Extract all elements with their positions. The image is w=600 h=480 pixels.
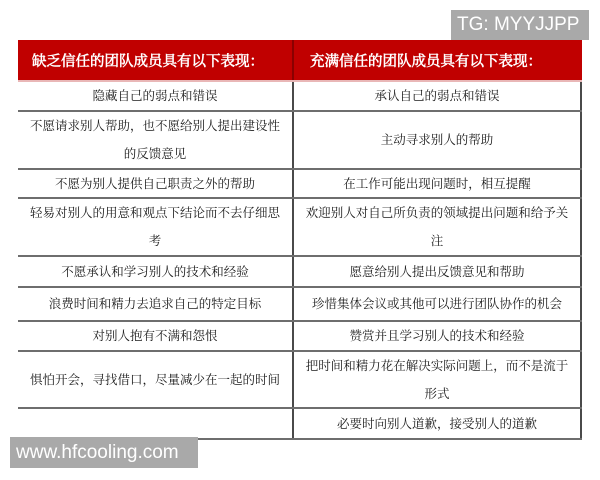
header-full-trust: 充满信任的团队成员具有以下表现： [294,40,582,80]
cell-full-trust: 把时间和精力花在解决实际问题上，而不是流于形式 [294,352,582,407]
table-row: 隐藏自己的弱点和错误承认自己的弱点和错误 [18,82,582,112]
table-row: 不愿为别人提供自己职责之外的帮助在工作可能出现问题时，相互提醒 [18,170,582,199]
cell-full-trust: 在工作可能出现问题时，相互提醒 [294,170,582,197]
cell-lacking-trust: 轻易对别人的用意和观点下结论而不去仔细思考 [18,199,294,255]
cell-lacking-trust: 不愿为别人提供自己职责之外的帮助 [18,170,294,197]
cell-lacking-trust: 不愿请求别人帮助，也不愿给别人提出建设性的反馈意见 [18,112,294,168]
table-row: 不愿请求别人帮助，也不愿给别人提出建设性的反馈意见主动寻求别人的帮助 [18,112,582,170]
table-row: 轻易对别人的用意和观点下结论而不去仔细思考欢迎别人对自己所负责的领域提出问题和给… [18,199,582,257]
cell-full-trust: 赞赏并且学习别人的技术和经验 [294,322,582,350]
table-row: 惧怕开会，寻找借口，尽量减少在一起的时间把时间和精力花在解决实际问题上，而不是流… [18,352,582,409]
cell-full-trust: 愿意给别人提出反馈意见和帮助 [294,257,582,286]
trust-comparison-table: 缺乏信任的团队成员具有以下表现： 充满信任的团队成员具有以下表现： 隐藏自己的弱… [18,40,582,440]
cell-full-trust: 必要时向别人道歉，接受别人的道歉 [294,409,582,438]
cell-full-trust: 承认自己的弱点和错误 [294,82,582,110]
table-row: 不愿承认和学习别人的技术和经验愿意给别人提出反馈意见和帮助 [18,257,582,288]
cell-lacking-trust: 惧怕开会，寻找借口，尽量减少在一起的时间 [18,352,294,407]
table-row: 必要时向别人道歉，接受别人的道歉 [18,409,582,440]
watermark-tg: TG: MYYJJPP [451,10,589,40]
table-row: 对别人抱有不满和怨恨赞赏并且学习别人的技术和经验 [18,322,582,352]
watermark-url: www.hfcooling.com [10,437,198,468]
header-lacking-trust: 缺乏信任的团队成员具有以下表现： [18,40,294,80]
cell-full-trust: 珍惜集体会议或其他可以进行团队协作的机会 [294,288,582,320]
cell-lacking-trust: 浪费时间和精力去追求自己的特定目标 [18,288,294,320]
table-header: 缺乏信任的团队成员具有以下表现： 充满信任的团队成员具有以下表现： [18,40,582,82]
cell-lacking-trust: 隐藏自己的弱点和错误 [18,82,294,110]
cell-full-trust: 主动寻求别人的帮助 [294,112,582,168]
cell-lacking-trust: 对别人抱有不满和怨恨 [18,322,294,350]
cell-lacking-trust [18,409,294,438]
cell-full-trust: 欢迎别人对自己所负责的领域提出问题和给予关注 [294,199,582,255]
table-row: 浪费时间和精力去追求自己的特定目标珍惜集体会议或其他可以进行团队协作的机会 [18,288,582,322]
cell-lacking-trust: 不愿承认和学习别人的技术和经验 [18,257,294,286]
table-body: 隐藏自己的弱点和错误承认自己的弱点和错误不愿请求别人帮助，也不愿给别人提出建设性… [18,82,582,440]
